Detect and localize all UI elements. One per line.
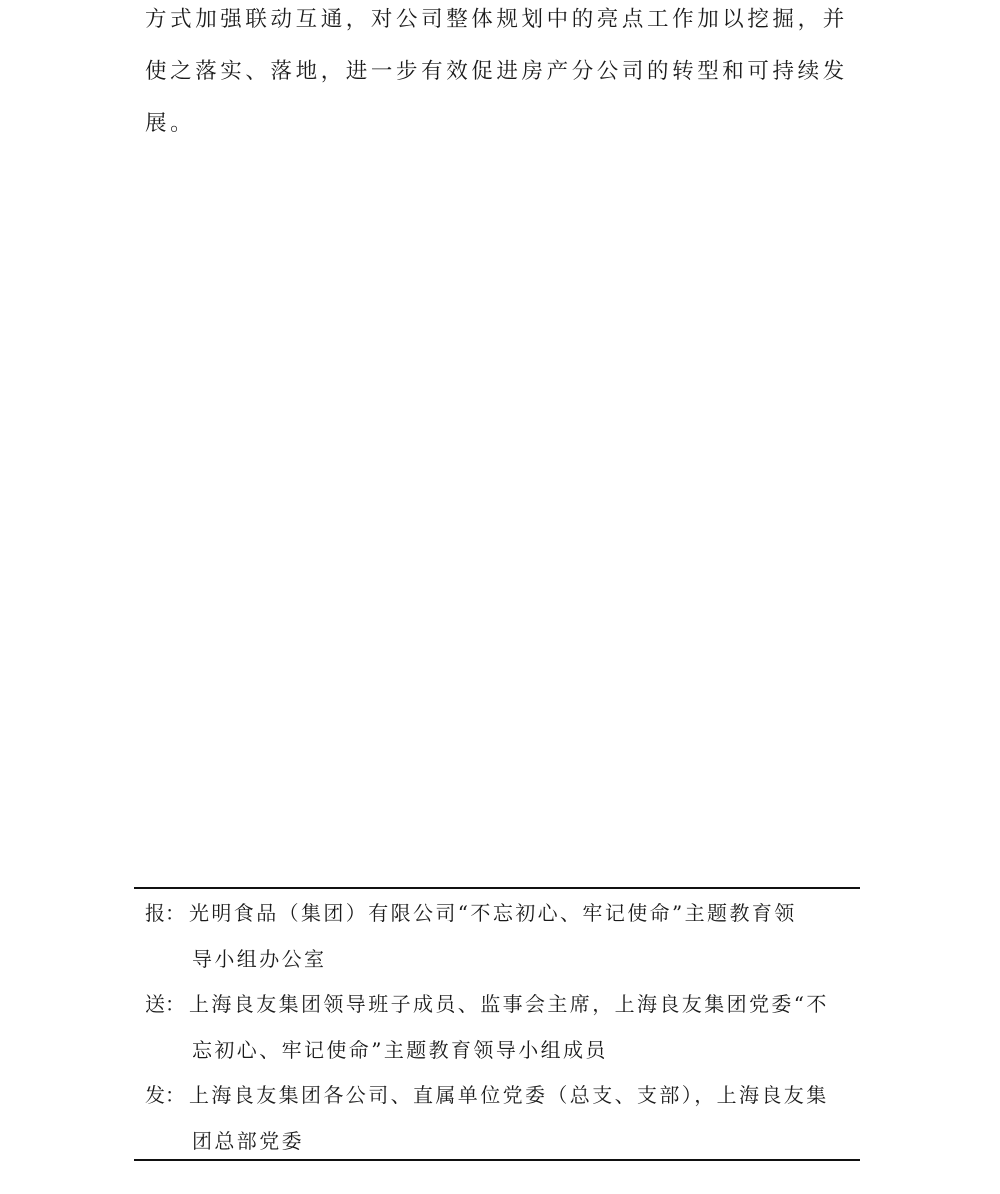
report-to-text: 光明食品（集团）有限公司“不忘初心、牢记使命”主题教育领 [189,901,797,925]
report-to-line-1: 报：光明食品（集团）有限公司“不忘初心、牢记使命”主题教育领 [145,895,860,941]
send-to-text: 上海良友集团领导班子成员、监事会主席，上海良友集团党委“不 [189,992,829,1016]
report-to-label: 报： [145,895,189,931]
distribution-top-rule [134,887,860,889]
send-to-line-2: 忘初心、牢记使命”主题教育领导小组成员 [145,1032,860,1078]
body-line-2: 使之落实、落地，进一步有效促进房产分公司的转型和可持续发 [145,56,860,108]
body-line-3: 展。 [145,108,860,160]
send-to-line-1: 送：上海良友集团领导班子成员、监事会主席，上海良友集团党委“不 [145,986,860,1032]
distribution-bottom-rule [134,1159,860,1161]
issue-to-line-2: 团总部党委 [145,1123,860,1169]
issue-to-label: 发： [145,1077,189,1113]
document-page: 方式加强联动互通，对公司整体规划中的亮点工作加以挖掘，并 使之落实、落地，进一步… [0,0,1000,1194]
issue-to-text: 上海良友集团各公司、直属单位党委（总支、支部），上海良友集 [189,1083,829,1107]
send-to-label: 送： [145,986,189,1022]
report-to-line-2: 导小组办公室 [145,941,860,987]
distribution-block: 报：光明食品（集团）有限公司“不忘初心、牢记使命”主题教育领 导小组办公室 送：… [145,895,860,1168]
issue-to-line-1: 发：上海良友集团各公司、直属单位党委（总支、支部），上海良友集 [145,1077,860,1123]
body-line-1: 方式加强联动互通，对公司整体规划中的亮点工作加以挖掘，并 [145,4,860,56]
body-paragraph: 方式加强联动互通，对公司整体规划中的亮点工作加以挖掘，并 使之落实、落地，进一步… [145,4,860,160]
